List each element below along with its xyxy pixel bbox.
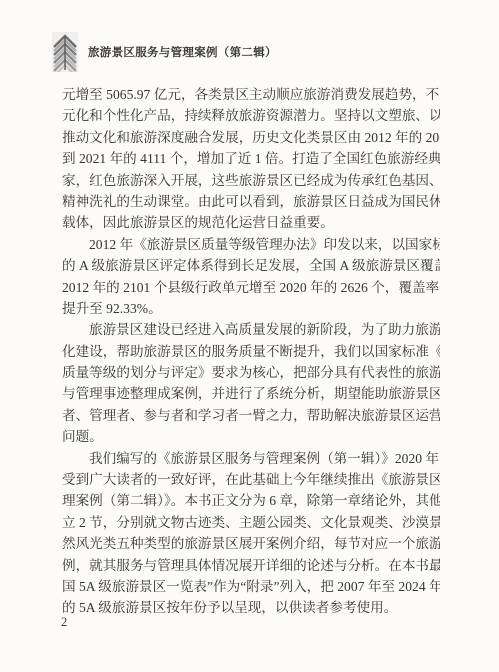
text-line: 理案例（第二辑）》。本书正文分为 6 章，除第一章绪论外，其他每章设 <box>62 490 440 511</box>
book-page: 旅游景区服务与管理案例（第二辑） 元增至 5065.97 亿元，各类景区主动顺应… <box>0 0 499 672</box>
paragraph: 旅游景区建设已经进入高质量发展的新阶段，为了助力旅游景区规范化建设，帮助旅游景区… <box>62 319 440 447</box>
text-line: 问题。 <box>62 426 440 447</box>
text-line: 到 2021 年的 4111 个，增加了近 1 倍。打造了全国红色旅游经典景区 … <box>62 148 440 169</box>
text-line: 化建设，帮助旅游景区的服务质量不断提升，我们以国家标准《旅游景区 <box>62 341 440 362</box>
text-line: 我们编写的《旅游景区服务与管理案例（第一辑）》2020 年出版后， <box>62 448 440 469</box>
text-line: 的 A 级旅游景区评定体系得到长足发展，全国 A 级旅游景区覆盖范围由 <box>62 255 440 276</box>
text-line: 立 2 节，分别就文物古迹类、主题公园类、文化景观类、沙漠景观类、自 <box>62 512 440 533</box>
text-line: 旅游景区建设已经进入高质量发展的新阶段，为了助力旅游景区规范 <box>62 319 440 340</box>
text-line: 推动文化和旅游深度融合发展，历史文化类景区由 2012 年的 2064 个增加 <box>62 127 440 148</box>
text-line: 与管理事迹整理成案例，并进行了系统分析，期望能助旅游景区的建设 <box>62 383 440 404</box>
text-line: 例，就其服务与管理具体情况展开详细的论述与分析。在本书最后将“全 <box>62 555 440 576</box>
text-line: 2012 年的 2101 个县级行政单元增至 2020 年的 2626 个，覆盖… <box>62 277 440 298</box>
text-line: 载体，因此旅游景区的规范化运营日益重要。 <box>62 212 440 233</box>
publisher-mountain-logo-icon <box>52 32 78 72</box>
running-header: 旅游景区服务与管理案例（第二辑） <box>52 32 277 72</box>
text-line: 元增至 5065.97 亿元，各类景区主动顺应旅游消费发展趋势，不断推出多 <box>62 84 440 105</box>
text-line: 质量等级的划分与评定》要求为核心，把部分具有代表性的旅游景区服务 <box>62 362 440 383</box>
text-line: 精神洗礼的生动课堂。由此可以看到，旅游景区日益成为国民休闲的重要 <box>62 191 440 212</box>
running-header-title: 旅游景区服务与管理案例（第二辑） <box>88 44 277 60</box>
text-line: 受到广大读者的一致好评，在此基础上今年继续推出《旅游景区服务与管 <box>62 469 440 490</box>
text-line: 国 5A 级旅游景区一览表”作为“附录”列入，把 2007 年至 2024 年评… <box>62 576 440 597</box>
text-line: 元化和个性化产品，持续释放旅游资源潜力。坚持以文塑旅、以旅彰文， <box>62 105 440 126</box>
text-line: 2012 年《旅游景区质量等级管理办法》印发以来，以国家标准为基础 <box>62 234 440 255</box>
paragraph: 2012 年《旅游景区质量等级管理办法》印发以来，以国家标准为基础的 A 级旅游… <box>62 234 440 320</box>
page-number: 2 <box>61 615 67 630</box>
text-line: 的 5A 级旅游景区按年份予以呈现，以供读者参考使用。 <box>62 597 440 618</box>
text-line: 家，红色旅游深入开展，这些旅游景区已经成为传承红色基因、接受红色 <box>62 170 440 191</box>
page-body: 元增至 5065.97 亿元，各类景区主动顺应旅游消费发展趋势，不断推出多元化和… <box>62 84 440 619</box>
paragraph: 元增至 5065.97 亿元，各类景区主动顺应旅游消费发展趋势，不断推出多元化和… <box>62 84 440 234</box>
text-line: 提升至 92.33%。 <box>62 298 440 319</box>
text-line: 者、管理者、参与者和学习者一臂之力，帮助解决旅游景区运营中的实际 <box>62 405 440 426</box>
paragraph: 我们编写的《旅游景区服务与管理案例（第一辑）》2020 年出版后，受到广大读者的… <box>62 448 440 619</box>
text-line: 然风光类五种类型的旅游景区展开案例介绍，每节对应一个旅游景区案 <box>62 533 440 554</box>
